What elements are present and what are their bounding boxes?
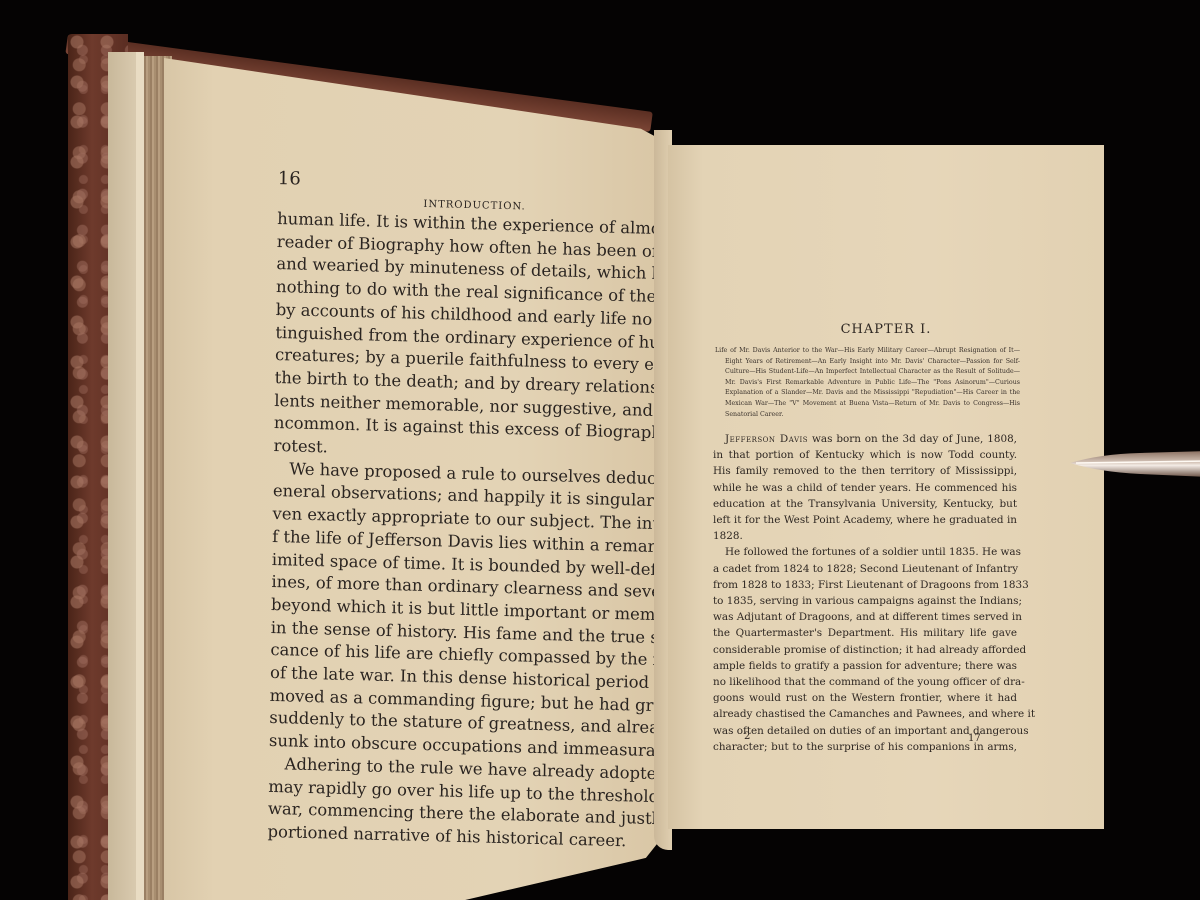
synopsis-line: Mr. Davis's First Remarkable Adventure i… (715, 378, 1020, 389)
text-line: to 1835, serving in various campaigns ag… (713, 593, 1017, 609)
right-page-number: 17 (968, 733, 981, 744)
letter-opener-knife-icon (1070, 448, 1200, 480)
text-line: no likelihood that the command of the yo… (713, 674, 1017, 690)
synopsis-line: Explanation of a Slander—Mr. Davis and t… (715, 388, 1020, 399)
text-line: Jefferson Davis was born on the 3d day o… (713, 431, 1017, 447)
text-line: from 1828 to 1833; First Lieutenant of D… (713, 577, 1017, 593)
text-line: His family removed to the then territory… (713, 463, 1017, 479)
text-line: considerable promise of distinction; it … (713, 642, 1017, 658)
text-line: He followed the fortunes of a soldier un… (713, 544, 1017, 560)
synopsis-line: Life of Mr. Davis Anterior to the War—Hi… (715, 346, 1020, 357)
right-page-body: Jefferson Davis was born on the 3d day o… (713, 431, 1017, 755)
text-line: left it for the West Point Academy, wher… (713, 512, 1017, 528)
chapter-title: CHAPTER I. (668, 322, 1104, 337)
text-line: the Quartermaster's Department. His mili… (713, 625, 1017, 641)
book-photo: 16 INTRODUCTION. human life. It is withi… (0, 0, 1200, 900)
text-fragment: was born on the 3d day of June, 1808, (808, 433, 1017, 445)
text-line: ample fields to gratify a passion for ad… (713, 658, 1017, 674)
text-line: education at the Transylvania University… (713, 496, 1017, 512)
text-line: in that portion of Kentucky which is now… (713, 447, 1017, 463)
lead-name: Jefferson Davis (725, 433, 808, 445)
synopsis-line: Senatorial Career. (715, 410, 1020, 421)
synopsis-line: Culture—His Student-Life—An Imperfect In… (715, 367, 1020, 378)
left-page-number: 16 (278, 168, 301, 191)
left-page-body: human life. It is within the experience … (267, 208, 637, 853)
signature-mark: 2 (744, 731, 750, 742)
synopsis-line: Eight Years of Retirement—An Early Insig… (715, 357, 1020, 368)
text-line: while he was a child of tender years. He… (713, 480, 1017, 496)
text-line: already chastised the Camanches and Pawn… (713, 706, 1017, 722)
gutter-strip (136, 52, 144, 900)
synopsis-line: Mexican War—The "V" Movement at Buena Vi… (715, 399, 1020, 410)
chapter-synopsis: Life of Mr. Davis Anterior to the War—Hi… (715, 346, 1020, 420)
endpaper (108, 52, 138, 900)
text-line: was Adjutant of Dragoons, and at differe… (713, 609, 1017, 625)
text-line: 1828. (713, 528, 1017, 544)
text-line: a cadet from 1824 to 1828; Second Lieute… (713, 561, 1017, 577)
text-line: goons would rust on the Western frontier… (713, 690, 1017, 706)
